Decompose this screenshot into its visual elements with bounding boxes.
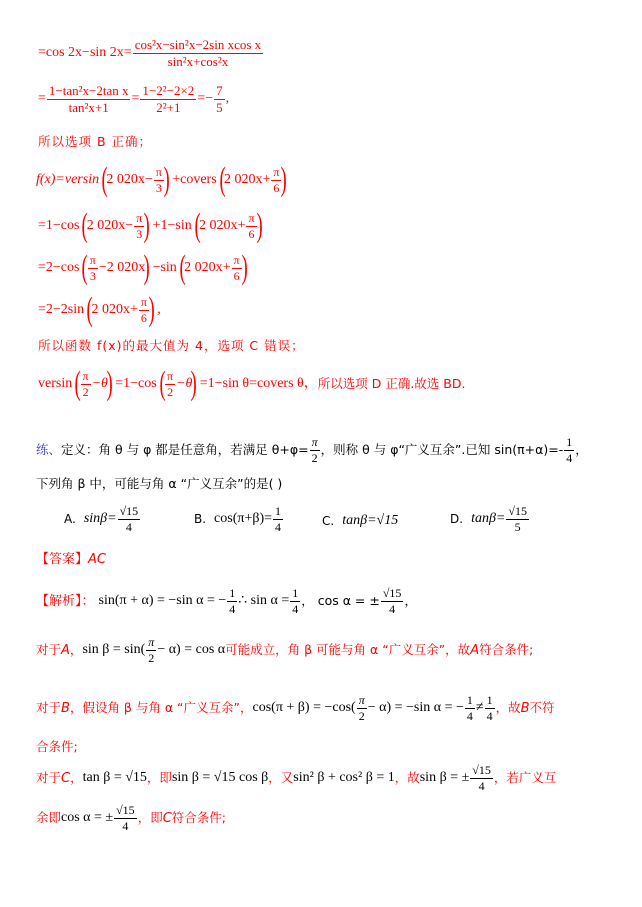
numerator: √15 <box>118 505 141 520</box>
numerator: 1−tan²x−2tan x <box>47 84 131 100</box>
expr: sin² β + cos² β = 1 <box>293 771 394 785</box>
left-paren: ( <box>179 254 185 281</box>
option-a[interactable]: A. sinβ= √15 4 <box>64 505 141 533</box>
parenthesized-arg: ( π 3 −2 020x ) <box>79 254 152 282</box>
equals-sign: = <box>131 92 139 106</box>
fraction: 1 4 <box>290 587 300 615</box>
fraction: √15 5 <box>506 505 529 533</box>
expr: ， cos α = ± <box>301 595 380 608</box>
fraction: π 2 <box>310 436 320 464</box>
case-letter: A <box>61 644 70 657</box>
expr-mid: −sin <box>153 261 177 275</box>
numerator: 1 <box>227 587 237 602</box>
case-letter: B <box>521 702 530 715</box>
fx-line-4: =2−2sin ( 2 020x+ π 6 ) , <box>38 292 161 328</box>
numerator: π <box>232 254 242 269</box>
expr-lhs: versin <box>38 377 72 391</box>
case-letter: B <box>61 702 70 715</box>
case-b-line-1: 对于 B ，假设角 β 与角 α “广义互余”， cos(π + β) = −c… <box>36 690 555 726</box>
parenthesized-arg: ( 2 020x− π 3 ) <box>79 212 152 240</box>
fraction: 1−2²−2×2 2²+1 <box>140 84 196 114</box>
expr: tan β = √15 <box>83 771 147 785</box>
case-b-line-2: 合条件; <box>36 741 78 754</box>
punctuation: ， <box>575 444 588 457</box>
fraction: π 6 <box>232 254 242 282</box>
case-letter: C <box>163 812 172 825</box>
exercise-prefix: 练、 <box>36 444 61 457</box>
expr-mid: =1−cos <box>115 377 156 391</box>
arg-main: 2 020x+ <box>199 219 245 233</box>
right-paren: ) <box>163 166 169 193</box>
option-expr: tanβ= <box>471 511 505 527</box>
case-text: ，假设角 β 与角 α “广义互余”， <box>70 702 253 715</box>
arg-tail: −θ <box>92 377 108 391</box>
right-paren: ) <box>106 370 112 397</box>
numerator: π <box>165 370 175 385</box>
expr-lhs: =1−cos <box>38 219 79 233</box>
versin-line: versin ( π 2 −θ ) =1−cos ( π 2 −θ ) =1−s… <box>38 366 465 402</box>
option-label: B. <box>194 512 206 526</box>
case-text: 符合条件; <box>479 644 533 657</box>
left-paren: ( <box>87 296 93 323</box>
fraction: 1 4 <box>227 587 237 615</box>
expr: cos(π + β) = −cos( <box>253 701 356 715</box>
case-text: 不符 <box>530 702 555 715</box>
fraction: π 2 <box>165 370 175 398</box>
fx-line-3: =2−cos ( π 3 −2 020x ) −sin ( 2 020x+ π … <box>38 250 250 286</box>
numerator: cos²x−sin²x−2sin xcos x <box>133 38 263 54</box>
numerator: π <box>357 694 367 709</box>
denominator: 4 <box>465 709 475 723</box>
numerator: π <box>154 166 164 181</box>
expr-lhs: f(x)=versin <box>36 173 99 187</box>
arg-main: 2 020x− <box>106 173 152 187</box>
punctuation: , <box>157 303 161 317</box>
numerator: 1−2²−2×2 <box>140 84 196 100</box>
expr-lhs: =2−2sin <box>38 303 84 317</box>
fraction: cos²x−sin²x−2sin xcos x sin²x+cos²x <box>133 38 263 68</box>
case-a-line: 对于 A ， sin β = sin( π 2 − α) = cos α 可能成… <box>36 632 533 668</box>
right-paren: ) <box>148 296 154 323</box>
fx-line-2: =1−cos ( 2 020x− π 3 ) +1−sin ( 2 020x+ … <box>38 208 265 244</box>
left-paren: ( <box>82 212 88 239</box>
numerator: √15 <box>381 587 404 602</box>
case-c-line-1: 对于 C ， tan β = √15 ，即 sin β = √15 cos β … <box>36 760 556 796</box>
case-text: ，故 <box>496 702 521 715</box>
numerator: 7 <box>214 84 225 100</box>
case-prefix: 对于 <box>36 702 61 715</box>
option-label: C. <box>322 514 334 528</box>
left-paren: ( <box>75 370 81 397</box>
analysis-label: 【解析】： <box>36 595 95 608</box>
fraction: π 2 <box>146 636 156 664</box>
case-prefix: 对于 <box>36 772 61 785</box>
denominator: sin²x+cos²x <box>166 54 231 69</box>
denominator: 4 <box>273 520 283 534</box>
conclusion-d: 所以选项 D 正确.故选 BD. <box>318 378 466 391</box>
parenthesized-arg: ( 2 020x− π 3 ) <box>99 166 172 194</box>
fraction: 1 4 <box>465 694 475 722</box>
denominator: 4 <box>485 709 495 723</box>
numerator: 1 <box>465 694 475 709</box>
answer-line: 【答案】 AC <box>36 553 106 566</box>
case-prefix: 对于 <box>36 644 61 657</box>
denominator: 5 <box>513 520 523 534</box>
expr-mid: +covers <box>172 173 216 187</box>
parenthesized-arg: ( 2 020x+ π 6 ) <box>84 296 157 324</box>
result-sign: =− <box>197 92 213 106</box>
right-paren: ) <box>241 254 247 281</box>
expr-rest: =1−sin θ=covers θ， <box>200 377 318 391</box>
answer-label: 【答案】 <box>36 553 88 566</box>
denominator: 2 <box>146 651 156 665</box>
numerator: 1 <box>290 587 300 602</box>
denominator: 3 <box>154 181 164 195</box>
right-paren: ) <box>256 212 262 239</box>
left-paren: ( <box>82 254 88 281</box>
numerator: 1 <box>485 694 495 709</box>
option-d[interactable]: D. tanβ= √15 5 <box>450 505 530 533</box>
denominator: 2²+1 <box>154 100 182 115</box>
punctuation: ， <box>70 644 83 657</box>
right-paren: ) <box>144 212 150 239</box>
exercise-line-2: 下列角 β 中，可能与角 α “广义互余”的是( ) <box>36 478 282 491</box>
exercise-text: ，则称 θ 与 φ“广义互余”.已知 sin(π+α)=- <box>321 444 564 457</box>
fraction: π 3 <box>154 166 164 194</box>
arg-main: 2 020x+ <box>184 261 230 275</box>
case-text: 可能成立，角 β 可能与角 α “广义互余”，故 <box>225 644 470 657</box>
denominator: 4 <box>124 520 134 534</box>
right-paren: ) <box>144 254 150 281</box>
parenthesized-arg: ( 2 020x+ π 6 ) <box>217 166 290 194</box>
denominator: 4 <box>227 602 237 616</box>
parenthesized-arg: ( π 2 −θ ) <box>72 370 115 398</box>
case-c-line-2: 余即 cos α = ± √15 4 ，即 C 符合条件; <box>36 800 226 836</box>
arg-tail: −2 020x <box>99 261 145 275</box>
punctuation: ， <box>404 595 417 608</box>
expr: − α) = −sin α = − <box>368 701 464 715</box>
denominator: 5 <box>214 100 225 115</box>
option-expr: cos(π+β)= <box>214 511 272 527</box>
punctuation: ， <box>70 772 83 785</box>
punctuation: , <box>226 92 230 106</box>
denominator: 3 <box>88 269 98 283</box>
option-label: A. <box>64 512 76 526</box>
case-letter: C <box>61 772 70 785</box>
denominator: 2 <box>310 451 320 465</box>
denominator: 6 <box>246 227 256 241</box>
arg-main: 2 020x+ <box>91 303 137 317</box>
analysis-line: 【解析】： sin(π + α) = −sin α = − 1 4 ∴ sin … <box>36 583 417 619</box>
case-letter: A <box>470 644 479 657</box>
solution-line-1: =cos 2x−sin 2x= cos²x−sin²x−2sin xcos x … <box>38 38 264 68</box>
expr: sin β = ± <box>420 771 470 785</box>
fraction: π 3 <box>88 254 98 282</box>
fraction: π 6 <box>139 296 149 324</box>
denominator: 2 <box>165 385 175 399</box>
fraction: 7 5 <box>214 84 225 114</box>
fraction: √15 4 <box>381 587 404 615</box>
fraction: π 2 <box>81 370 91 398</box>
fraction: 1−tan²x−2tan x tan²x+1 <box>47 84 131 114</box>
fraction: 1 4 <box>564 436 574 464</box>
right-paren: ) <box>281 166 287 193</box>
denominator: 4 <box>564 451 574 465</box>
left-paren: ( <box>102 166 108 193</box>
conclusion-b: 所以选项 B 正确； <box>38 136 152 149</box>
parenthesized-arg: ( 2 020x+ π 6 ) <box>192 212 265 240</box>
denominator: 4 <box>290 602 300 616</box>
numerator: √15 <box>114 804 137 819</box>
numerator: √15 <box>470 764 493 779</box>
numerator: π <box>81 370 91 385</box>
numerator: 1 <box>564 436 574 451</box>
case-text: ，又 <box>268 772 293 785</box>
denominator: 2 <box>357 709 367 723</box>
parenthesized-arg: ( 2 020x+ π 6 ) <box>177 254 250 282</box>
conclusion-c: 所以函数 f(x)的最大值为 4，选项 C 错误； <box>38 340 305 353</box>
numerator: π <box>146 636 156 651</box>
case-text: ，故 <box>395 772 420 785</box>
numerator: π <box>88 254 98 269</box>
exercise-line-1: 练、 定义：角 θ 与 φ 都是任意角，若满足 θ+φ= π 2 ，则称 θ 与… <box>36 432 588 468</box>
fraction: 1 4 <box>485 694 495 722</box>
expr: sin(π + α) = −sin α = − <box>99 594 227 608</box>
denominator: 4 <box>387 602 397 616</box>
denominator: 4 <box>477 779 487 793</box>
numerator: π <box>139 296 149 311</box>
case-text: 余即 <box>36 812 61 825</box>
expr: sin β = sin( <box>82 643 145 657</box>
expr: sin β = √15 cos β <box>172 771 268 785</box>
fraction: π 2 <box>357 694 367 722</box>
option-label: D. <box>450 512 463 526</box>
numerator: π <box>310 436 320 451</box>
option-expr: sinβ= <box>84 511 117 527</box>
expr: cos α = ± <box>61 811 113 825</box>
option-b[interactable]: B. cos(π+β)= 1 4 <box>194 505 284 533</box>
fraction: π 6 <box>246 212 256 240</box>
option-expr: tanβ=√15 <box>342 513 398 529</box>
fx-line-1: f(x)=versin ( 2 020x− π 3 ) +covers ( 2 … <box>36 162 290 198</box>
numerator: 1 <box>273 505 283 520</box>
case-text: ，即 <box>138 812 163 825</box>
right-paren: ) <box>191 370 197 397</box>
exercise-text: 定义：角 θ 与 φ 都是任意角，若满足 θ+φ= <box>61 444 309 457</box>
fraction: √15 4 <box>470 764 493 792</box>
option-c[interactable]: C. tanβ=√15 <box>322 513 398 529</box>
answer-value: AC <box>88 553 106 566</box>
numerator: √15 <box>506 505 529 520</box>
solution-line-2: = 1−tan²x−2tan x tan²x+1 = 1−2²−2×2 2²+1… <box>38 84 229 114</box>
case-text: ，若广义互 <box>494 772 557 785</box>
fraction: √15 4 <box>118 505 141 533</box>
parenthesized-arg: ( π 2 −θ ) <box>157 370 200 398</box>
denominator: 4 <box>120 819 130 833</box>
expr: − α) = cos α <box>157 643 225 657</box>
fraction: 1 4 <box>273 505 283 533</box>
not-equal: ≠ <box>476 701 484 715</box>
left-paren: ( <box>159 370 165 397</box>
denominator: 6 <box>232 269 242 283</box>
denominator: tan²x+1 <box>67 100 111 115</box>
equals-sign: = <box>38 92 46 106</box>
expr: ∴ sin α = <box>238 594 289 608</box>
numerator: π <box>246 212 256 227</box>
arg-main: 2 020x− <box>87 219 133 233</box>
fraction: √15 4 <box>114 804 137 832</box>
left-paren: ( <box>194 212 200 239</box>
expr-lhs: =cos 2x−sin 2x= <box>38 46 132 60</box>
left-paren: ( <box>219 166 225 193</box>
denominator: 6 <box>139 311 149 325</box>
expr-lhs: =2−cos <box>38 261 79 275</box>
expr-mid: +1−sin <box>153 219 192 233</box>
case-text: ，即 <box>147 772 172 785</box>
arg-main: 2 020x+ <box>224 173 270 187</box>
denominator: 2 <box>81 385 91 399</box>
case-text: 符合条件; <box>172 812 226 825</box>
